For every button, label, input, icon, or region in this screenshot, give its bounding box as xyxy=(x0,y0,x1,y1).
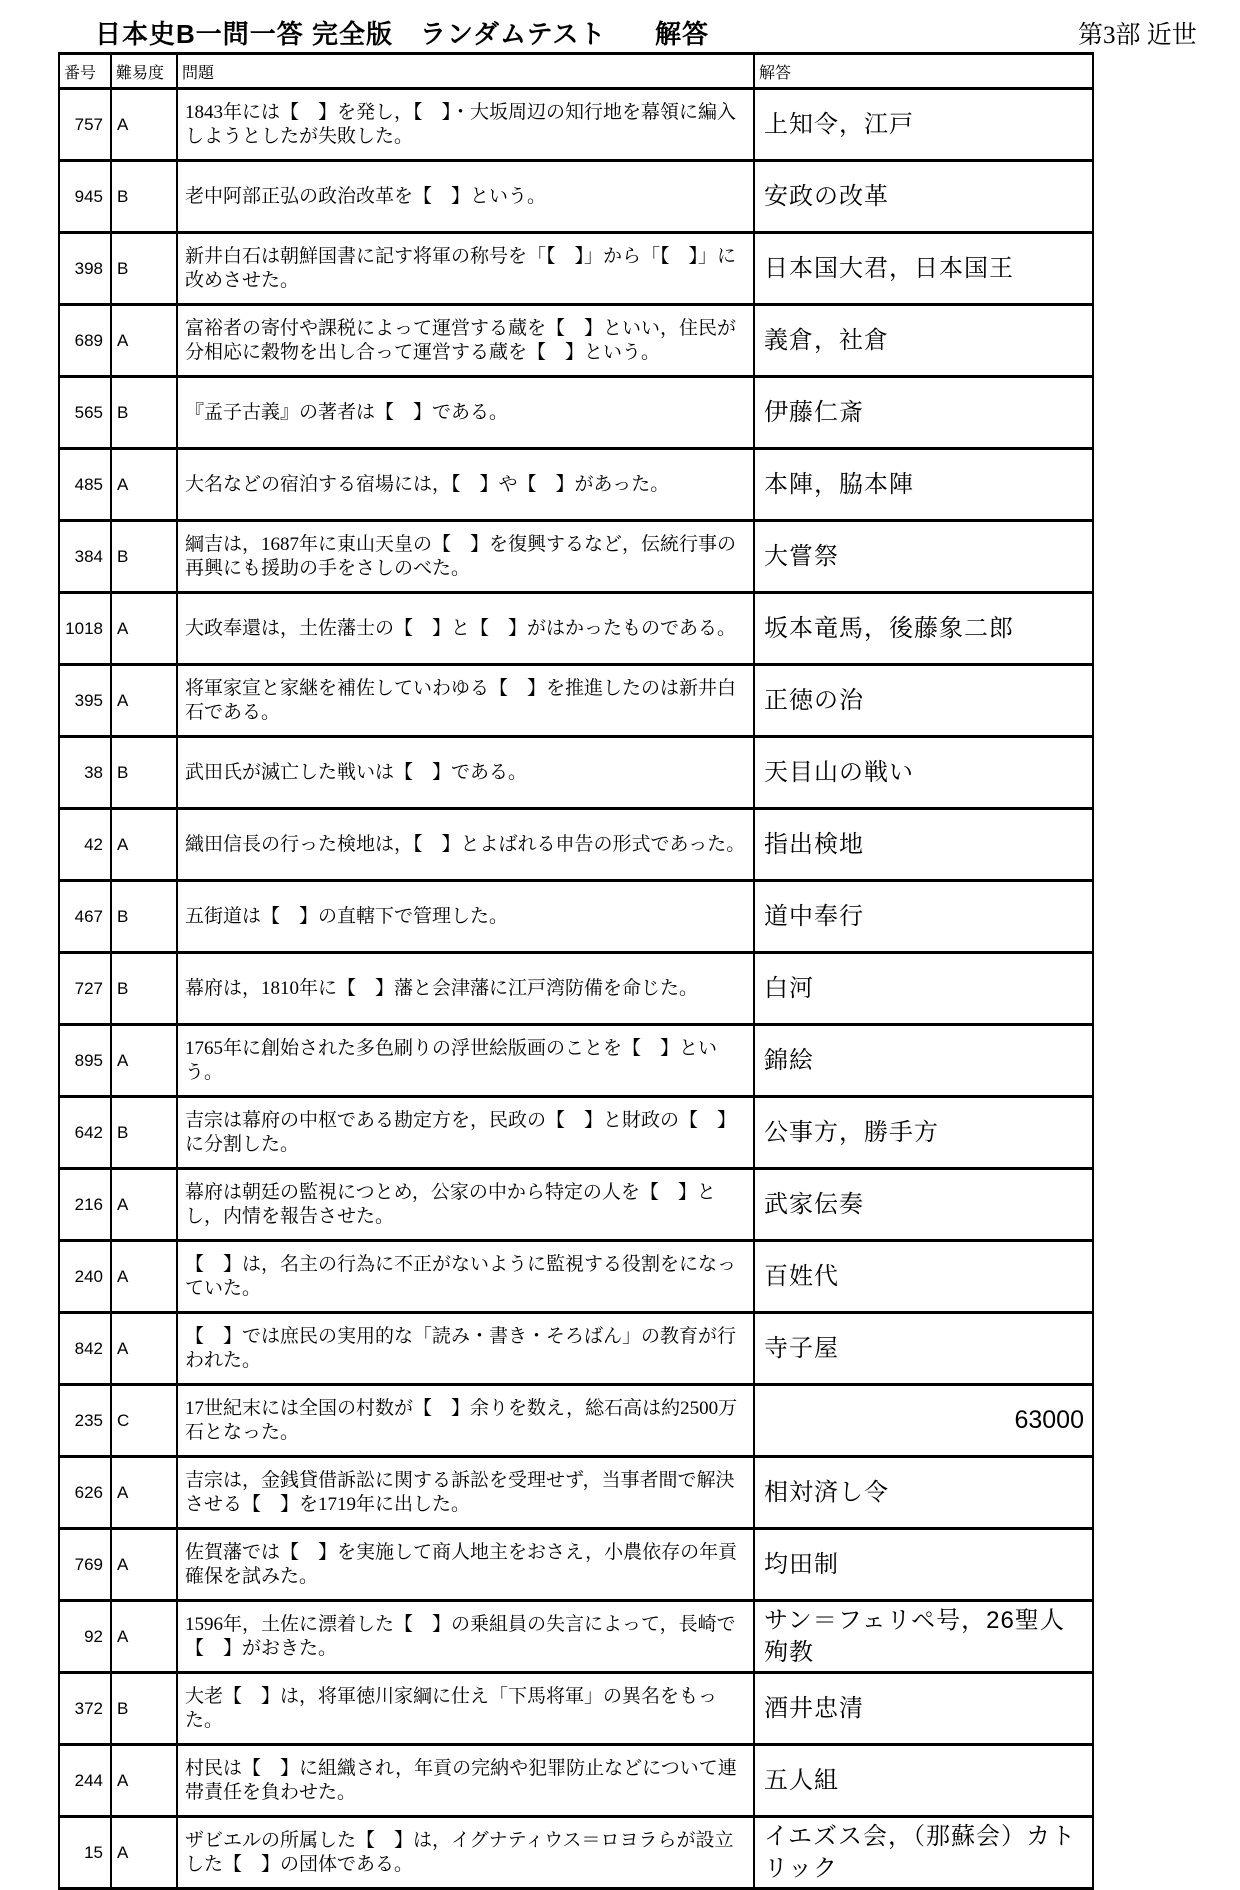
table-header-row: 番号 難易度 問題 解答 xyxy=(59,54,1093,89)
row-difficulty-cell: A xyxy=(111,89,177,161)
row-difficulty-cell: A xyxy=(111,1529,177,1601)
table-row: 565B『孟子古義』の著者は【 】である。伊藤仁斎 xyxy=(59,377,1093,449)
row-question-cell: 幕府は朝廷の監視につとめ，公家の中から特定の人を【 】とし，内情を報告させた。 xyxy=(177,1169,754,1241)
row-number-cell: 372 xyxy=(59,1673,111,1745)
table-row: 244A村民は【 】に組織され，年貢の完納や犯罪防止などについて連帯責任を負わせ… xyxy=(59,1745,1093,1817)
row-difficulty-cell: A xyxy=(111,1025,177,1097)
table-row: 727B幕府は，1810年に【 】藩と会津藩に江戸湾防備を命じた。白河 xyxy=(59,953,1093,1025)
row-number-cell: 769 xyxy=(59,1529,111,1601)
row-number-cell: 727 xyxy=(59,953,111,1025)
row-question-cell: 大老【 】は，将軍徳川家綱に仕え「下馬将軍」の異名をもった。 xyxy=(177,1673,754,1745)
row-answer-cell: 義倉，社倉 xyxy=(754,305,1093,377)
row-answer-cell: 伊藤仁斎 xyxy=(754,377,1093,449)
row-answer-cell: 酒井忠清 xyxy=(754,1673,1093,1745)
part-label: 第3部 近世 xyxy=(1078,15,1197,51)
row-question-cell: 新井白石は朝鮮国書に記す将軍の称号を「【 】」から「【 】」に改めさせた。 xyxy=(177,233,754,305)
row-difficulty-cell: B xyxy=(111,953,177,1025)
column-header-answer: 解答 xyxy=(754,54,1093,89)
row-difficulty-cell: A xyxy=(111,1457,177,1529)
row-answer-cell: 上知令，江戸 xyxy=(754,89,1093,161)
table-row: 395A将軍家宣と家継を補佐していわゆる【 】を推進したのは新井白石である。正徳… xyxy=(59,665,1093,737)
row-number-cell: 240 xyxy=(59,1241,111,1313)
table-row: 240A【 】は，名主の行為に不正がないように監視する役割をになっていた。百姓代 xyxy=(59,1241,1093,1313)
row-difficulty-cell: B xyxy=(111,521,177,593)
answer-heading: 解答 xyxy=(655,14,709,51)
row-difficulty-cell: A xyxy=(111,1169,177,1241)
row-number-cell: 642 xyxy=(59,1097,111,1169)
row-difficulty-cell: B xyxy=(111,161,177,233)
row-question-cell: 織田信長の行った検地は，【 】とよばれる申告の形式であった。 xyxy=(177,809,754,881)
row-answer-cell: 正徳の治 xyxy=(754,665,1093,737)
row-question-cell: 武田氏が滅亡した戦いは【 】である。 xyxy=(177,737,754,809)
row-difficulty-cell: B xyxy=(111,233,177,305)
row-answer-cell: 武家伝奏 xyxy=(754,1169,1093,1241)
row-question-cell: 1765年に創始された多色刷りの浮世絵版画のことを【 】という。 xyxy=(177,1025,754,1097)
row-question-cell: 大名などの宿泊する宿場には，【 】や【 】があった。 xyxy=(177,449,754,521)
row-number-cell: 216 xyxy=(59,1169,111,1241)
table-row: 945B老中阿部正弘の政治改革を【 】という。安政の改革 xyxy=(59,161,1093,233)
row-question-cell: 1843年には【 】を発し，【 】・大坂周辺の知行地を幕領に編入しようとしたが失… xyxy=(177,89,754,161)
row-answer-cell: 大嘗祭 xyxy=(754,521,1093,593)
table-row: 757A1843年には【 】を発し，【 】・大坂周辺の知行地を幕領に編入しようと… xyxy=(59,89,1093,161)
row-question-cell: 将軍家宣と家継を補佐していわゆる【 】を推進したのは新井白石である。 xyxy=(177,665,754,737)
row-number-cell: 945 xyxy=(59,161,111,233)
table-row: 769A佐賀藩では【 】を実施して商人地主をおさえ，小農依存の年貢確保を試みた。… xyxy=(59,1529,1093,1601)
row-difficulty-cell: A xyxy=(111,1745,177,1817)
row-number-cell: 15 xyxy=(59,1817,111,1889)
row-number-cell: 757 xyxy=(59,89,111,161)
row-difficulty-cell: B xyxy=(111,881,177,953)
row-difficulty-cell: A xyxy=(111,1817,177,1889)
row-number-cell: 1018 xyxy=(59,593,111,665)
row-number-cell: 38 xyxy=(59,737,111,809)
row-number-cell: 689 xyxy=(59,305,111,377)
table-row: 689A富裕者の寄付や課税によって運営する蔵を【 】といい，住民が分相応に穀物を… xyxy=(59,305,1093,377)
row-number-cell: 235 xyxy=(59,1385,111,1457)
row-question-cell: 17世紀末には全国の村数が【 】余りを数え，総石高は約2500万石となった。 xyxy=(177,1385,754,1457)
row-question-cell: 大政奉還は，土佐藩士の【 】と【 】がはかったものである。 xyxy=(177,593,754,665)
row-number-cell: 842 xyxy=(59,1313,111,1385)
row-question-cell: 【 】では庶民の実用的な「読み・書き・そろばん」の教育が行われた。 xyxy=(177,1313,754,1385)
row-answer-cell: 日本国大君，日本国王 xyxy=(754,233,1093,305)
row-difficulty-cell: B xyxy=(111,737,177,809)
row-difficulty-cell: A xyxy=(111,449,177,521)
row-question-cell: 老中阿部正弘の政治改革を【 】という。 xyxy=(177,161,754,233)
table-row: 92A1596年，土佐に漂着した【 】の乗組員の失言によって，長崎で【 】がおき… xyxy=(59,1601,1093,1673)
row-number-cell: 92 xyxy=(59,1601,111,1673)
row-question-cell: 富裕者の寄付や課税によって運営する蔵を【 】といい，住民が分相応に穀物を出し合っ… xyxy=(177,305,754,377)
row-question-cell: 幕府は，1810年に【 】藩と会津藩に江戸湾防備を命じた。 xyxy=(177,953,754,1025)
row-question-cell: ザビエルの所属した【 】は，イグナティウス＝ロヨラらが設立した【 】の団体である… xyxy=(177,1817,754,1889)
row-answer-cell: 天目山の戦い xyxy=(754,737,1093,809)
page: 日本史B一問一答 完全版 ランダムテスト 解答 第3部 近世 番号 難易度 問題… xyxy=(0,0,1240,1754)
row-difficulty-cell: C xyxy=(111,1385,177,1457)
row-difficulty-cell: A xyxy=(111,593,177,665)
table-row: 15Aザビエルの所属した【 】は，イグナティウス＝ロヨラらが設立した【 】の団体… xyxy=(59,1817,1093,1889)
row-number-cell: 485 xyxy=(59,449,111,521)
row-number-cell: 467 xyxy=(59,881,111,953)
row-number-cell: 626 xyxy=(59,1457,111,1529)
row-difficulty-cell: A xyxy=(111,1241,177,1313)
column-header-number: 番号 xyxy=(59,54,111,89)
row-answer-cell: 錦絵 xyxy=(754,1025,1093,1097)
row-difficulty-cell: A xyxy=(111,1313,177,1385)
row-answer-cell: 63000 xyxy=(754,1385,1093,1457)
row-answer-cell: 寺子屋 xyxy=(754,1313,1093,1385)
row-number-cell: 384 xyxy=(59,521,111,593)
row-question-cell: 【 】は，名主の行為に不正がないように監視する役割をになっていた。 xyxy=(177,1241,754,1313)
row-answer-cell: 道中奉行 xyxy=(754,881,1093,953)
table-row: 642B吉宗は幕府の中枢である勘定方を，民政の【 】と財政の【 】に分割した。公… xyxy=(59,1097,1093,1169)
row-answer-cell: 指出検地 xyxy=(754,809,1093,881)
column-header-question: 問題 xyxy=(177,54,754,89)
document-header: 日本史B一問一答 完全版 ランダムテスト 解答 第3部 近世 xyxy=(0,12,1240,50)
row-answer-cell: 安政の改革 xyxy=(754,161,1093,233)
table-row: 372B大老【 】は，将軍徳川家綱に仕え「下馬将軍」の異名をもった。酒井忠清 xyxy=(59,1673,1093,1745)
table-row: 38B武田氏が滅亡した戦いは【 】である。天目山の戦い xyxy=(59,737,1093,809)
row-difficulty-cell: A xyxy=(111,809,177,881)
row-answer-cell: サン＝フェリペ号，26聖人殉教 xyxy=(754,1601,1093,1673)
row-number-cell: 398 xyxy=(59,233,111,305)
row-question-cell: 1596年，土佐に漂着した【 】の乗組員の失言によって，長崎で【 】がおきた。 xyxy=(177,1601,754,1673)
row-number-cell: 895 xyxy=(59,1025,111,1097)
row-difficulty-cell: A xyxy=(111,1601,177,1673)
row-difficulty-cell: A xyxy=(111,305,177,377)
row-question-cell: 佐賀藩では【 】を実施して商人地主をおさえ，小農依存の年貢確保を試みた。 xyxy=(177,1529,754,1601)
row-answer-cell: 本陣，脇本陣 xyxy=(754,449,1093,521)
table-row: 485A大名などの宿泊する宿場には，【 】や【 】があった。本陣，脇本陣 xyxy=(59,449,1093,521)
table-row: 626A吉宗は，金銭貸借訴訟に関する訴訟を受理せず，当事者間で解決させる【 】を… xyxy=(59,1457,1093,1529)
row-answer-cell: 相対済し令 xyxy=(754,1457,1093,1529)
quiz-table: 番号 難易度 問題 解答 757A1843年には【 】を発し，【 】・大坂周辺の… xyxy=(58,52,1094,1890)
row-question-cell: 五街道は【 】の直轄下で管理した。 xyxy=(177,881,754,953)
row-difficulty-cell: B xyxy=(111,377,177,449)
table-row: 1018A大政奉還は，土佐藩士の【 】と【 】がはかったものである。坂本竜馬，後… xyxy=(59,593,1093,665)
table-body: 757A1843年には【 】を発し，【 】・大坂周辺の知行地を幕領に編入しようと… xyxy=(59,89,1093,1889)
row-question-cell: 吉宗は幕府の中枢である勘定方を，民政の【 】と財政の【 】に分割した。 xyxy=(177,1097,754,1169)
table-row: 842A【 】では庶民の実用的な「読み・書き・そろばん」の教育が行われた。寺子屋 xyxy=(59,1313,1093,1385)
row-answer-cell: 坂本竜馬，後藤象二郎 xyxy=(754,593,1093,665)
row-answer-cell: 百姓代 xyxy=(754,1241,1093,1313)
table-row: 398B新井白石は朝鮮国書に記す将軍の称号を「【 】」から「【 】」に改めさせた… xyxy=(59,233,1093,305)
row-difficulty-cell: A xyxy=(111,665,177,737)
row-question-cell: 村民は【 】に組織され，年貢の完納や犯罪防止などについて連帯責任を負わせた。 xyxy=(177,1745,754,1817)
table-row: 42A織田信長の行った検地は，【 】とよばれる申告の形式であった。指出検地 xyxy=(59,809,1093,881)
row-difficulty-cell: B xyxy=(111,1673,177,1745)
row-answer-cell: イエズス会，（那蘇会）カトリック xyxy=(754,1817,1093,1889)
table-row: 235C17世紀末には全国の村数が【 】余りを数え，総石高は約2500万石となっ… xyxy=(59,1385,1093,1457)
row-question-cell: 『孟子古義』の著者は【 】である。 xyxy=(177,377,754,449)
row-number-cell: 565 xyxy=(59,377,111,449)
document-title: 日本史B一問一答 完全版 ランダムテスト xyxy=(95,14,606,51)
table-row: 384B綱吉は，1687年に東山天皇の【 】を復興するなど，伝統行事の再興にも援… xyxy=(59,521,1093,593)
table-row: 216A幕府は朝廷の監視につとめ，公家の中から特定の人を【 】とし，内情を報告さ… xyxy=(59,1169,1093,1241)
row-difficulty-cell: B xyxy=(111,1097,177,1169)
row-answer-cell: 五人組 xyxy=(754,1745,1093,1817)
row-number-cell: 244 xyxy=(59,1745,111,1817)
row-question-cell: 綱吉は，1687年に東山天皇の【 】を復興するなど，伝統行事の再興にも援助の手を… xyxy=(177,521,754,593)
column-header-difficulty: 難易度 xyxy=(111,54,177,89)
table-row: 895A1765年に創始された多色刷りの浮世絵版画のことを【 】という。錦絵 xyxy=(59,1025,1093,1097)
row-number-cell: 395 xyxy=(59,665,111,737)
row-number-cell: 42 xyxy=(59,809,111,881)
row-question-cell: 吉宗は，金銭貸借訴訟に関する訴訟を受理せず，当事者間で解決させる【 】を1719… xyxy=(177,1457,754,1529)
row-answer-cell: 均田制 xyxy=(754,1529,1093,1601)
table-row: 467B五街道は【 】の直轄下で管理した。道中奉行 xyxy=(59,881,1093,953)
row-answer-cell: 公事方，勝手方 xyxy=(754,1097,1093,1169)
row-answer-cell: 白河 xyxy=(754,953,1093,1025)
